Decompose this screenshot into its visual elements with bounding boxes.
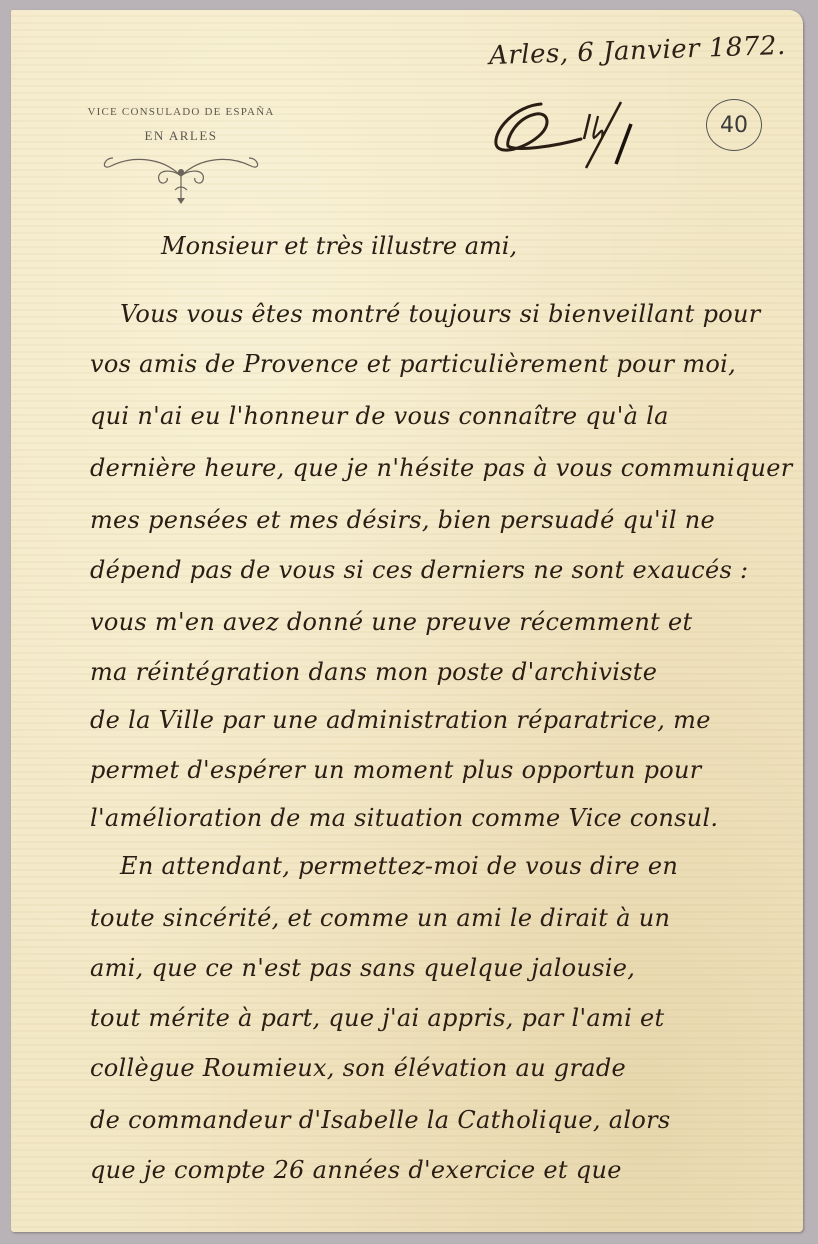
letter-line: tout mérite à part, que j'ai appris, par… [90, 1004, 664, 1032]
letter-line: de la Ville par une administration répar… [90, 706, 711, 734]
letter-line: que je compte 26 années d'exercice et qu… [90, 1156, 622, 1184]
archive-number-stamp: 40 [706, 99, 762, 151]
letter-dateline: Arles, 6 Janvier 1872. [489, 31, 787, 71]
letter-line: qui n'ai eu l'honneur de vous connaître … [90, 402, 669, 430]
letter-line: vos amis de Provence et particulièrement… [90, 350, 736, 378]
letter-line: Vous vous êtes montré toujours si bienve… [120, 300, 761, 328]
letter-line: l'amélioration de ma situation comme Vic… [90, 804, 718, 832]
flourish-ornament-icon [91, 146, 271, 206]
letter-line: de commandeur d'Isabelle la Catholique, … [90, 1106, 671, 1134]
consulate-letterhead: VICE CONSULADO DE ESPAÑA EN ARLES [71, 106, 291, 206]
salutation: Monsieur et très illustre ami, [161, 232, 517, 260]
letter-line: ami, que ce n'est pas sans quelque jalou… [90, 954, 635, 982]
letter-line: En attendant, permettez-moi de vous dire… [120, 852, 678, 880]
letter-line: vous m'en avez donné une preuve récemmen… [90, 608, 692, 636]
letter-line: permet d'espérer un moment plus opportun… [90, 756, 702, 784]
reference-mark: C 14/1 [486, 94, 646, 174]
letter-line: ma réintégration dans mon poste d'archiv… [90, 658, 657, 686]
letter-line: dépend pas de vous si ces derniers ne so… [90, 556, 748, 584]
letter-line: mes pensées et mes désirs, bien persuadé… [90, 506, 715, 534]
letter-line: collègue Roumieux, son élévation au grad… [90, 1054, 626, 1082]
letter-line: toute sincérité, et comme un ami le dira… [90, 904, 670, 932]
letterhead-line-2: EN ARLES [71, 128, 291, 144]
letter-paper: VICE CONSULADO DE ESPAÑA EN ARLES Arles,… [11, 10, 803, 1232]
letter-line: dernière heure, que je n'hésite pas à vo… [90, 454, 793, 482]
letterhead-line-1: VICE CONSULADO DE ESPAÑA [71, 106, 291, 118]
